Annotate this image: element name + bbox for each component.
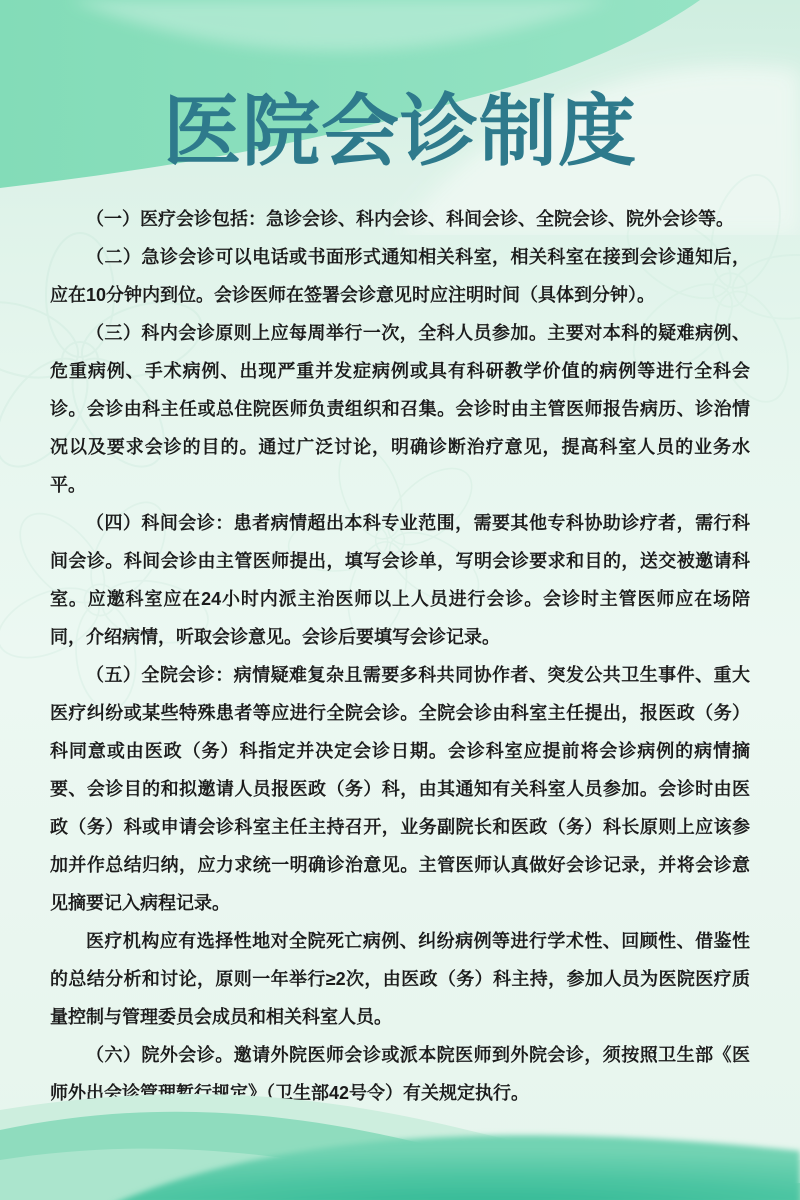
policy-paragraph-1: （一）医疗会诊包括：急诊会诊、科内会诊、科间会诊、全院会诊、院外会诊等。 <box>50 200 750 238</box>
policy-paragraph-4: （四）科间会诊：患者病情超出本科专业范围，需要其他专科协助诊疗者，需行科间会诊。… <box>50 504 750 656</box>
poster-background: 医院会诊制度 （一）医疗会诊包括：急诊会诊、科内会诊、科间会诊、全院会诊、院外会… <box>0 0 800 1200</box>
page-title: 医院会诊制度 <box>0 92 800 170</box>
policy-paragraph-5: （五）全院会诊：病情疑难复杂且需要多科共同协作者、突发公共卫生事件、重大医疗纠纷… <box>50 656 750 922</box>
policy-text-block: （一）医疗会诊包括：急诊会诊、科内会诊、科间会诊、全院会诊、院外会诊等。 （二）… <box>50 200 750 1112</box>
policy-paragraph-3: （三）科内会诊原则上应每周举行一次，全科人员参加。主要对本科的疑难病例、危重病例… <box>50 314 750 504</box>
policy-paragraph-7: （六）院外会诊。邀请外院医师会诊或派本院医师到外院会诊，须按照卫生部《医师外出会… <box>50 1036 750 1112</box>
policy-paragraph-6: 医疗机构应有选择性地对全院死亡病例、纠纷病例等进行学术性、回顾性、借鉴性的总结分… <box>50 922 750 1036</box>
policy-paragraph-2: （二）急诊会诊可以电话或书面形式通知相关科室，相关科室在接到会诊通知后，应在10… <box>50 238 750 314</box>
